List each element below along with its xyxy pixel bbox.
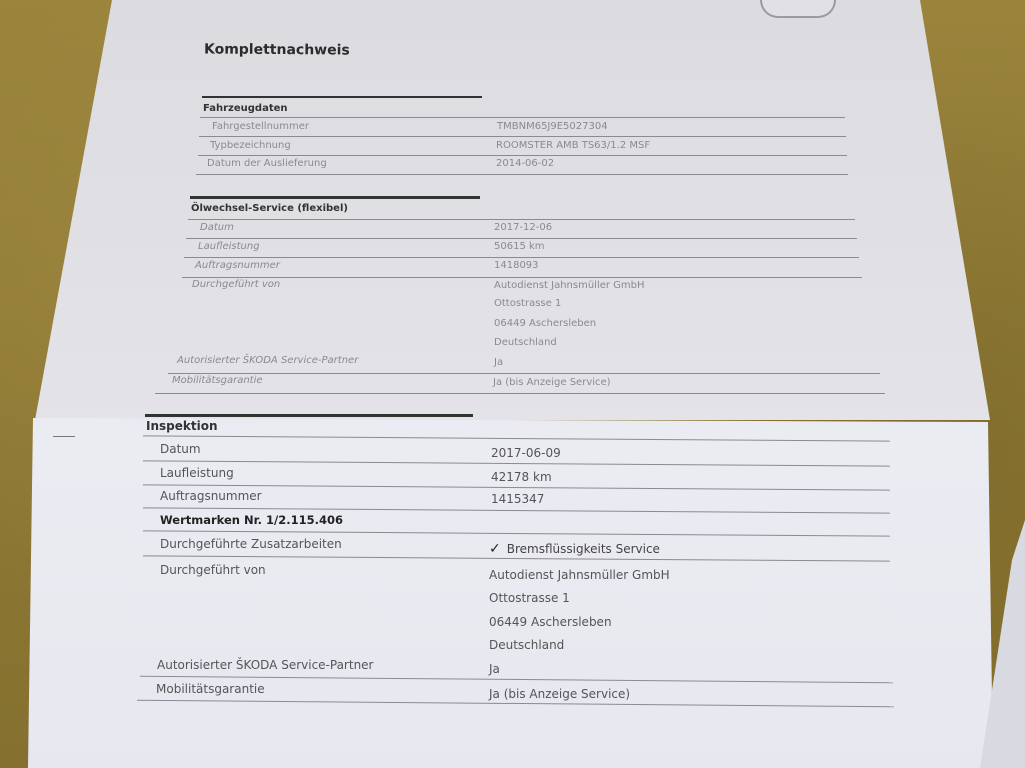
oil-partner-label: Autorisierter ŠKODA Service-Partner: [177, 355, 358, 366]
inspection-performed-by-line-2: Ottostrasse 1: [489, 591, 570, 605]
extra-work-value: Bremsflüssigkeits Service: [507, 542, 660, 556]
oil-service-heading: Ölwechsel-Service (flexibel): [191, 203, 348, 214]
oil-mobility-label: Mobilitätsgarantie: [172, 375, 263, 386]
oil-performed-by-line-3: 06449 Aschersleben: [494, 318, 596, 329]
type-value: ROOMSTER AMB TS63/1.2 MSF: [496, 140, 650, 151]
oil-performed-by-line-4: Deutschland: [494, 337, 557, 348]
inspection-performed-by-line-3: 06449 Aschersleben: [489, 615, 612, 629]
oil-order-label: Auftragsnummer: [195, 260, 280, 271]
inspection-performed-by-label: Durchgeführt von: [160, 563, 266, 577]
skoda-logo-icon: [760, 0, 836, 18]
delivery-date-value: 2014-06-02: [496, 158, 554, 169]
inspection-mobility-label: Mobilitätsgarantie: [156, 682, 265, 696]
extra-work-label: Durchgeführte Zusatzarbeiten: [160, 537, 342, 551]
oil-mobility-value: Ja (bis Anzeige Service): [493, 377, 611, 388]
oil-performed-by-line-1: Autodienst Jahnsmüller GmbH: [494, 280, 645, 291]
oil-date-value: 2017-12-06: [494, 222, 552, 233]
inspection-mobility-value: Ja (bis Anzeige Service): [489, 687, 630, 701]
vehicle-data-heading: Fahrzeugdaten: [203, 103, 288, 114]
paper-upper-half: [0, 0, 1025, 430]
oil-mileage-value: 50615 km: [494, 241, 545, 252]
oil-mileage-label: Laufleistung: [198, 241, 260, 252]
oil-performed-by-label: Durchgeführt von: [192, 279, 280, 290]
inspection-performed-by-line-1: Autodienst Jahnsmüller GmbH: [489, 568, 670, 582]
inspection-performed-by-line-4: Deutschland: [489, 638, 564, 652]
inspection-date-value: 2017-06-09: [491, 446, 561, 460]
vin-label: Fahrgestellnummer: [212, 121, 309, 132]
type-label: Typbezeichnung: [210, 140, 291, 151]
inspection-order-value: 1415347: [491, 492, 544, 506]
inspection-date-label: Datum: [160, 442, 201, 456]
inspection-heading: Inspektion: [146, 419, 218, 433]
oil-partner-value: Ja: [494, 357, 503, 368]
inspection-mileage-value: 42178 km: [491, 470, 552, 484]
stamp-number: Wertmarken Nr. 1/2.115.406: [160, 513, 343, 527]
vin-value: TMBNM65J9E5027304: [497, 121, 608, 132]
inspection-order-label: Auftragsnummer: [160, 489, 262, 503]
document-title: Komplettnachweis: [204, 41, 350, 58]
checkmark-icon: ✓: [489, 541, 501, 557]
fold-mark: [53, 436, 75, 437]
extra-work-value-row: ✓Bremsflüssigkeits Service: [489, 541, 660, 557]
inspection-partner-value: Ja: [489, 662, 500, 676]
oil-order-value: 1418093: [494, 260, 539, 271]
delivery-date-label: Datum der Auslieferung: [207, 158, 327, 169]
oil-performed-by-line-2: Ottostrasse 1: [494, 298, 561, 309]
inspection-mileage-label: Laufleistung: [160, 466, 234, 480]
inspection-partner-label: Autorisierter ŠKODA Service-Partner: [157, 658, 374, 672]
oil-date-label: Datum: [200, 222, 234, 233]
